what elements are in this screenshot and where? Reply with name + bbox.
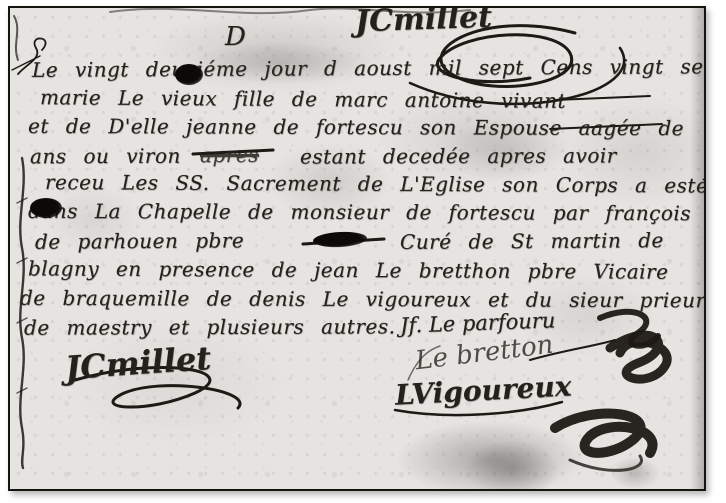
capital-mark: D <box>225 22 246 52</box>
vigoureux-knot-tail <box>570 456 642 470</box>
handwritten-line-7b: Curé de St martin de <box>400 228 664 254</box>
handwritten-line-8: blagny en presence de jean Le bretthon p… <box>28 256 669 283</box>
handwritten-line-4a: ans ou viron <box>30 144 181 169</box>
scan-frame: JCmillet D Le vingt deuxiéme jour d aous… <box>0 0 726 503</box>
signature-top-right: JCmillet <box>354 6 492 39</box>
handwritten-line-2: marie Le vieux fille de marc antoine viv… <box>40 85 566 113</box>
parfouru-ink-knot <box>600 312 658 346</box>
handwritten-line-10: de maestry et plusieurs autres. <box>24 314 396 339</box>
crossed-out-word: apres <box>200 143 259 167</box>
left-edge-stroke <box>14 16 18 60</box>
handwritten-line-4b: estant decedée apres avoir <box>300 143 617 168</box>
handwritten-line-1: Le vingt deuxiéme jour d aoust mil sept … <box>32 54 706 82</box>
handwritten-line-3: et de D'elle jeanne de fortescu son Espo… <box>28 114 684 140</box>
vigoureux-ink-knot <box>555 414 653 453</box>
manuscript-page: JCmillet D Le vingt deuxiéme jour d aous… <box>8 6 706 491</box>
page-edge-shading <box>690 8 704 489</box>
bretton-ink-knot <box>610 335 667 379</box>
ink-blot-line1 <box>175 64 203 85</box>
handwritten-line-5: receu Les SS. Sacrement de L'Eglise son … <box>45 170 706 198</box>
ink-blot-line6 <box>30 198 62 218</box>
handwritten-line-7a: de parhouen pbre <box>35 228 244 253</box>
margin-note-squiggle <box>20 158 23 468</box>
handwritten-line-6: dans La Chapelle de monsieur de fortescu… <box>28 199 691 225</box>
handwritten-line-9: de braquemille de denis Le vigoureux et … <box>20 286 706 312</box>
